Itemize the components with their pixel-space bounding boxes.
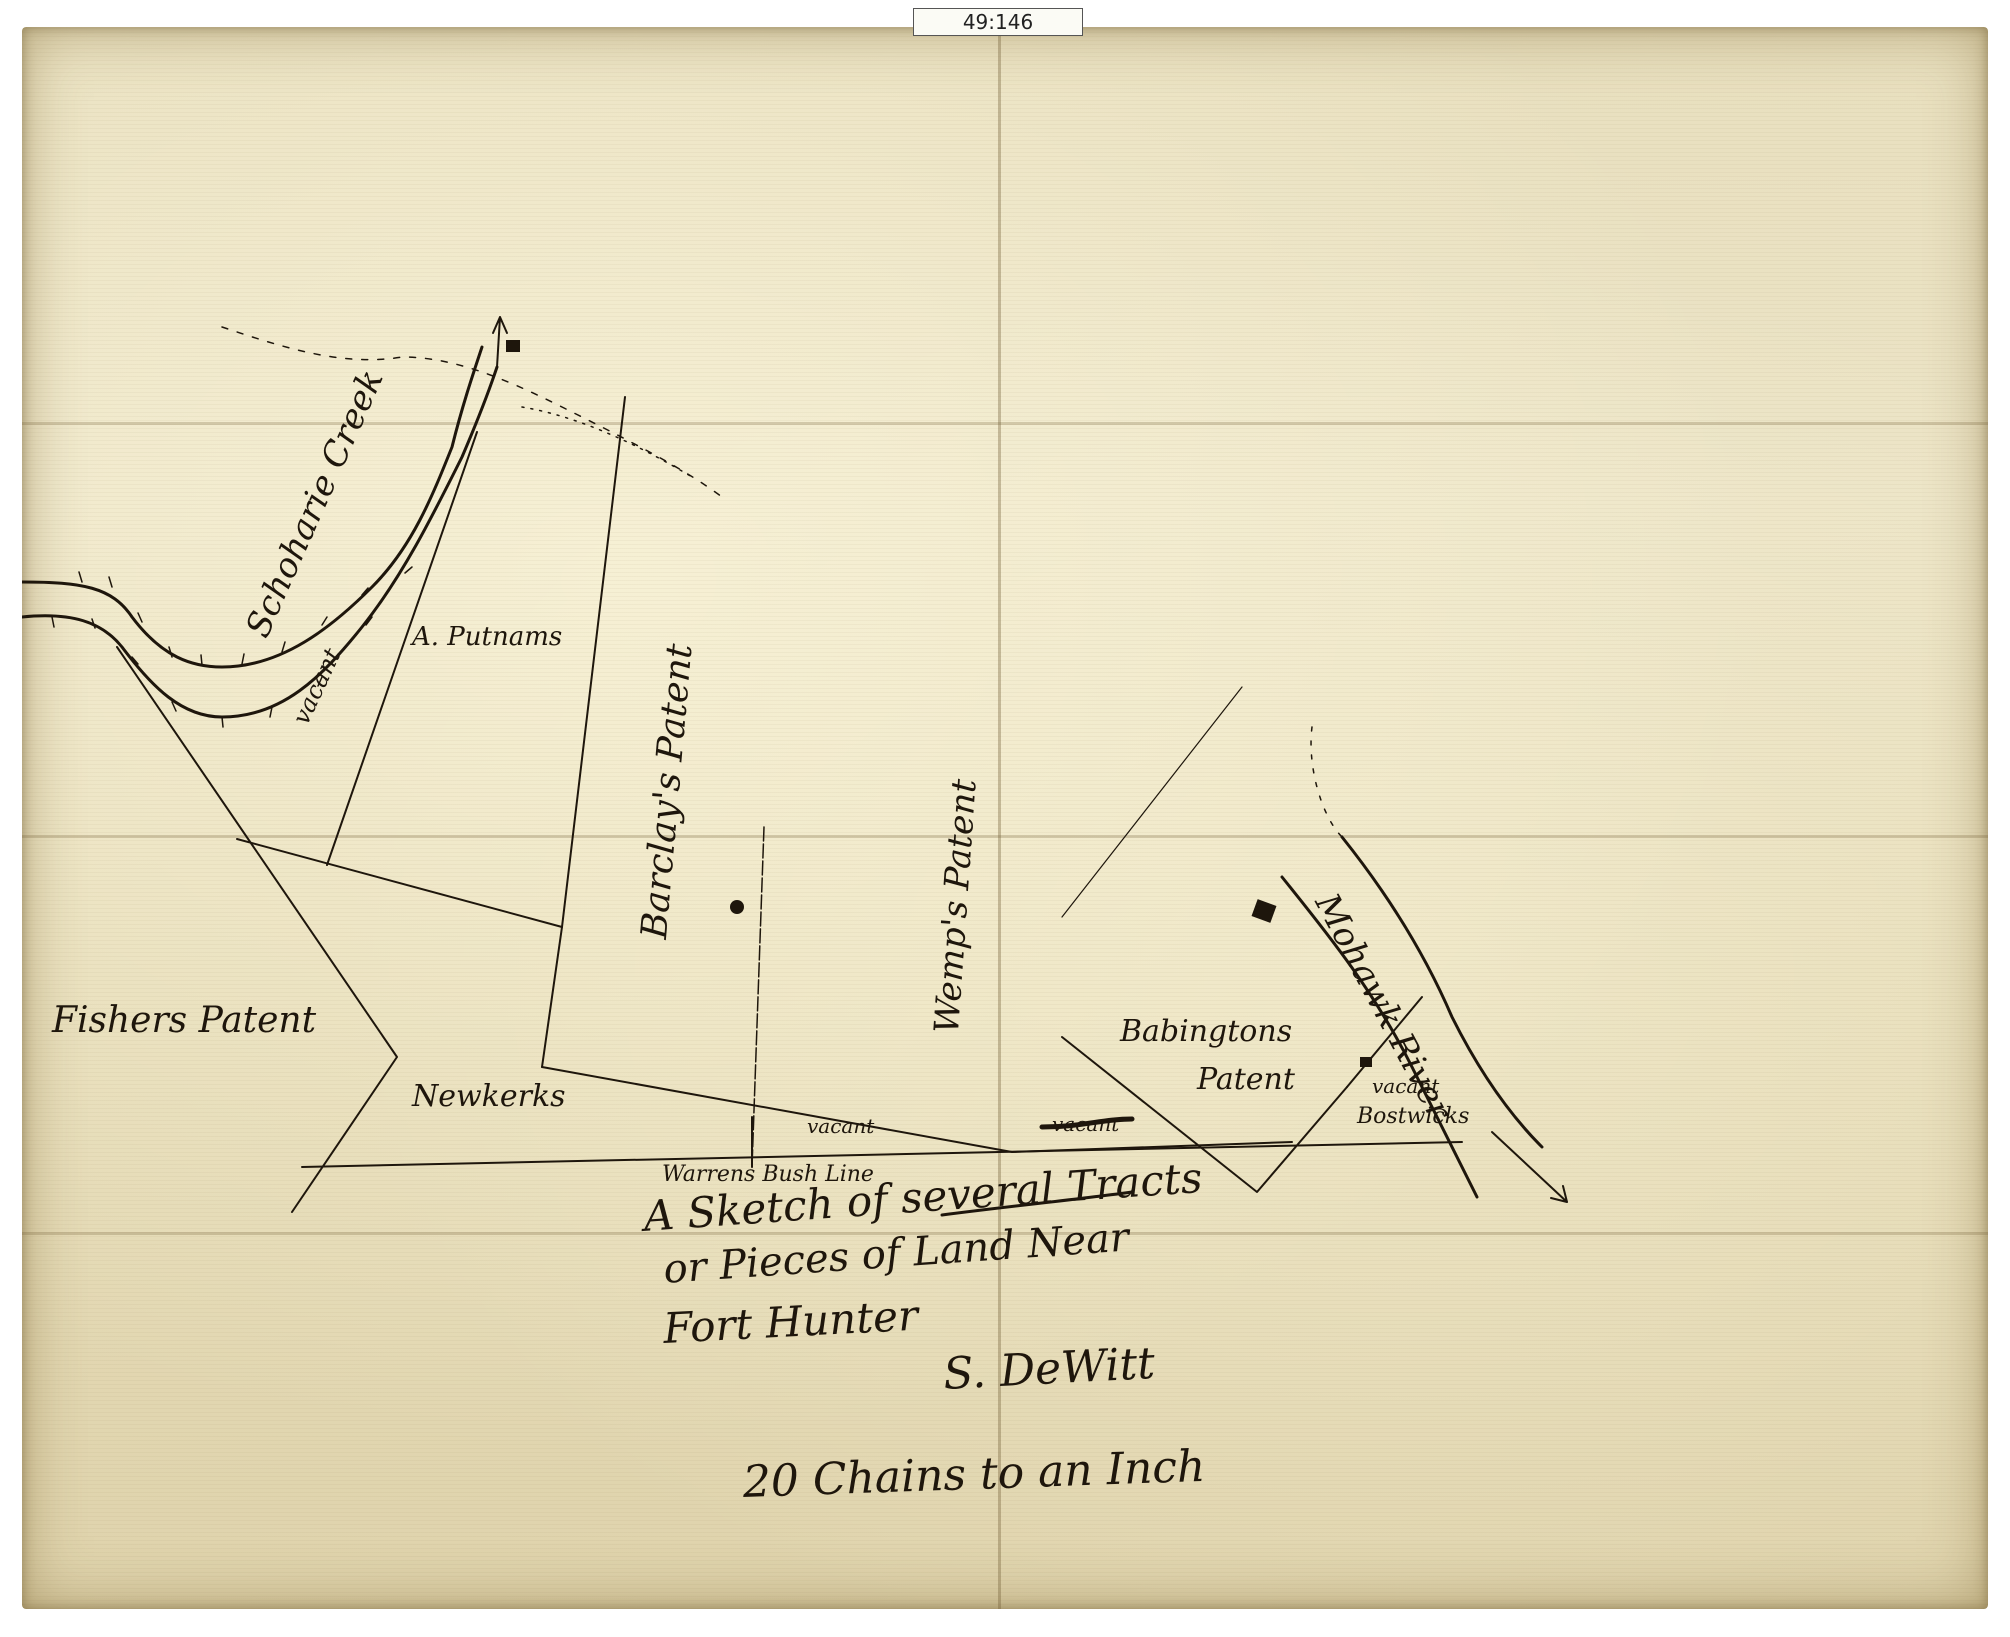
barclay-south-line: [542, 1067, 1292, 1152]
label-vacant-south-2: vacant: [1052, 1112, 1119, 1136]
barclay-west-line: [542, 927, 562, 1067]
catalog-number-tag: 49:146: [913, 8, 1083, 36]
label-babingtons: Babingtons: [1120, 1014, 1292, 1049]
putnam-east-line: [562, 397, 625, 927]
map-sheet: Schoharie Creek vacant A. Putnams Barcla…: [22, 27, 1988, 1609]
schoharie-creek-bank-south: [22, 367, 497, 717]
diagonal-line: [1062, 687, 1242, 917]
building-symbol: [1360, 1057, 1372, 1067]
label-a-putnams: A. Putnams: [412, 622, 562, 652]
newkerk-north-line: [237, 839, 562, 927]
ink-blot: [730, 900, 744, 914]
label-fishers-patent: Fishers Patent: [52, 1000, 316, 1041]
building-symbol: [506, 340, 520, 352]
road-dashed: [222, 327, 722, 497]
label-vacant-south-1: vacant: [807, 1114, 874, 1138]
label-newkerks: Newkerks: [412, 1079, 566, 1114]
wemp-west-line: [752, 827, 764, 1167]
building-symbol: [1252, 899, 1277, 923]
label-patent: Patent: [1197, 1062, 1295, 1097]
north-arrow: [493, 317, 507, 367]
fisher-east-line: [117, 647, 397, 1212]
mohawk-flow-arrow: [1492, 1132, 1567, 1202]
